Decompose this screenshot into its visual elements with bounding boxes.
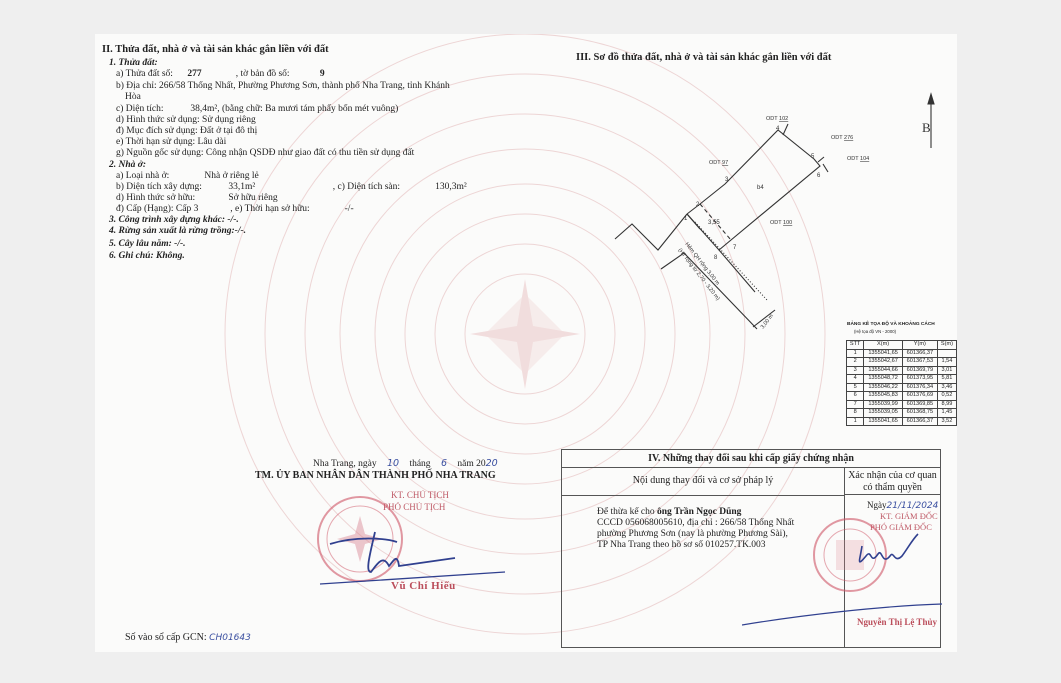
svg-text:ODT 276: ODT 276 [831, 135, 853, 141]
coord-cell: 1 [847, 417, 864, 426]
sign-date: Nha Trang, ngày 10 tháng 6 năm 2020 [313, 458, 498, 469]
coord-row: 61355045,83601376,690,52 [847, 392, 957, 401]
coord-cell: 7 [847, 400, 864, 409]
coord-cell: 1,54 [937, 358, 956, 367]
coord-cell: 601369,85 [902, 400, 937, 409]
coord-cell: 3 [847, 366, 864, 375]
coord-cell: 1 [847, 349, 864, 358]
date-year: 20 [486, 458, 498, 469]
right-seal-signature [742, 510, 942, 630]
point-1: 1 [684, 216, 688, 222]
section4-col2-header: Xác nhận của cơ quan có thẩm quyền [845, 467, 940, 495]
neighbor-label: ODT [766, 116, 778, 122]
neighbor-label: ODT [709, 160, 721, 166]
width-label: 3,00 m [760, 313, 775, 330]
neighbor-104: 104 [860, 156, 869, 162]
coord-row: 11355041,65601366,373,52 [847, 417, 957, 426]
coord-cell: 6 [847, 392, 864, 401]
coord-cell: 8,99 [937, 400, 956, 409]
coord-row: 71355039,99601369,858,99 [847, 400, 957, 409]
coord-cell: 2 [847, 358, 864, 367]
neighbor-label: ODT [831, 135, 843, 141]
svg-text:ODT 100: ODT 100 [770, 220, 792, 226]
point-7: 7 [733, 245, 737, 251]
heir-name: ông Trần Ngọc Dũng [657, 507, 741, 517]
coord-cell: 8 [847, 409, 864, 418]
coord-cell: 1355039,05 [864, 409, 903, 418]
section4-col1-header: Nội dung thay đổi và cơ sở pháp lý [562, 467, 845, 496]
coord-cell: 1355039,99 [864, 400, 903, 409]
coord-cell: 601366,37 [902, 349, 937, 358]
coord-row: 21355042,67601367,531,54 [847, 358, 957, 367]
coord-cell: 3,46 [937, 383, 956, 392]
neighbor-276: 276 [844, 135, 853, 141]
confirm-signer: Nguyễn Thị Lệ Thủy [857, 617, 937, 627]
coord-row: 11355041,65601366,37 [847, 349, 957, 358]
change-prefix: Để thừa kế cho [597, 507, 655, 517]
col2-line1: Xác nhận của cơ quan [845, 470, 940, 482]
svg-text:ODT 97: ODT 97 [709, 160, 728, 166]
coord-cell: 1355041,65 [864, 417, 903, 426]
coord-cell: 601373,95 [902, 375, 937, 384]
coord-row: 81355039,05601368,751,45 [847, 409, 957, 418]
certificate-page: II. Thửa đất, nhà ở và tài sản khác gắn … [95, 34, 957, 652]
coord-cell: 601376,69 [902, 392, 937, 401]
coord-header: S(m) [937, 341, 956, 350]
date-day: 10 [379, 458, 407, 469]
coord-cell: 1355041,65 [864, 349, 903, 358]
coord-cell: 1355042,67 [864, 358, 903, 367]
coord-cell: 3,01 [937, 366, 956, 375]
coord-cell: 1355048,72 [864, 375, 903, 384]
parcel-label: b4 [757, 185, 764, 191]
coord-table-title: BẢNG KÊ TỌA ĐỘ VÀ KHOẢNG CÁCH [847, 322, 935, 327]
coord-header: STT [847, 341, 864, 350]
gcn-number: CH01643 [209, 633, 251, 643]
coord-table-subtitle: (Hệ tọa độ VN - 2000) [854, 329, 896, 334]
left-signer: Vũ Chí Hiếu [391, 580, 456, 592]
coord-cell: 1,45 [937, 409, 956, 418]
coord-cell: 601376,34 [902, 383, 937, 392]
authority: TM. ỦY BAN NHÂN DÂN THÀNH PHỐ NHA TRANG [255, 470, 496, 481]
coord-cell: 4 [847, 375, 864, 384]
neighbor-97: 97 [722, 160, 728, 166]
coord-row: 31355044,66601369,793,01 [847, 366, 957, 375]
coord-cell: 601369,79 [902, 366, 937, 375]
coord-row: 51355046,22601376,343,46 [847, 383, 957, 392]
point-6: 6 [817, 173, 821, 179]
coord-cell: 1355045,83 [864, 392, 903, 401]
coord-table: STTX(m)Y(m)S(m) 11355041,65601366,372135… [846, 340, 957, 426]
section4-title: IV. Những thay đổi sau khi cấp giấy chứn… [562, 450, 940, 468]
coord-cell: 0,52 [937, 392, 956, 401]
coord-cell: 1355046,22 [864, 383, 903, 392]
north-label: B [922, 120, 931, 135]
date-month: 6 [433, 458, 455, 469]
coord-cell: 601368,75 [902, 409, 937, 418]
coord-row: 41355048,72601373,955,81 [847, 375, 957, 384]
section4-table: IV. Những thay đổi sau khi cấp giấy chứn… [561, 449, 941, 648]
coord-header: Y(m) [902, 341, 937, 350]
coord-cell: 5 [847, 383, 864, 392]
point-8: 8 [714, 255, 718, 261]
coord-cell [937, 349, 956, 358]
svg-text:ODT 104: ODT 104 [847, 156, 869, 162]
year-label: năm 20 [457, 459, 485, 469]
coord-cell: 1355044,66 [864, 366, 903, 375]
gcn-label: Số vào sổ cấp GCN: [125, 632, 207, 643]
coord-cell: 601366,37 [902, 417, 937, 426]
neighbor-102: 102 [779, 116, 788, 122]
gcn-row: Số vào sổ cấp GCN: CH01643 [125, 632, 251, 643]
month-label: tháng [409, 459, 430, 469]
neighbor-100: 100 [783, 220, 792, 226]
svg-text:ODT 102: ODT 102 [766, 116, 788, 122]
coord-cell: 5,81 [937, 375, 956, 384]
confirm-date-prefix: Ngày [867, 500, 887, 510]
coord-header: X(m) [864, 341, 903, 350]
col2-line2: có thẩm quyền [845, 482, 940, 494]
coord-cell: 3,52 [937, 417, 956, 426]
neighbor-label: ODT [770, 220, 782, 226]
dim-355: 3,55 [708, 220, 720, 226]
coord-cell: 601367,53 [902, 358, 937, 367]
neighbor-label: ODT [847, 156, 859, 162]
date-prefix: Nha Trang, ngày [313, 459, 377, 469]
